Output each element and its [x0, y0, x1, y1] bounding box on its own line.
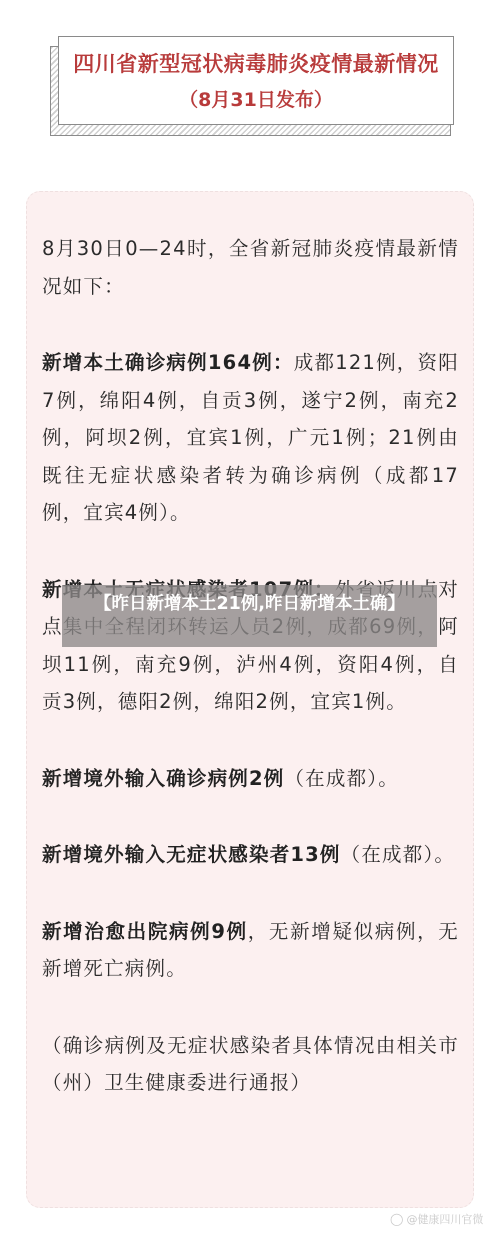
imported-asymptomatic-heading: 新增境外输入无症状感染者13例: [42, 843, 341, 866]
header-box: 四川省新型冠状病毒肺炎疫情最新情况 （8月31日发布）: [58, 36, 454, 125]
imported-asymptomatic-paragraph: 新增境外输入无症状感染者13例（在成都）。: [42, 836, 459, 874]
local-confirmed-body: 成都121例，资阳7例，绵阳4例，自贡3例，遂宁2例，南充2例，阿坝2例，宜宾1…: [42, 351, 459, 524]
publish-date: （8月31日发布）: [179, 91, 333, 110]
headline-overlay: 【昨日新增本土21例,昨日新增本土确】: [62, 585, 437, 647]
intro-paragraph: 8月30日0—24时，全省新冠肺炎疫情最新情况如下：: [42, 230, 459, 305]
imported-confirmed-paragraph: 新增境外输入确诊病例2例（在成都）。: [42, 760, 459, 798]
local-confirmed-heading: 新增本土确诊病例164例：: [42, 351, 294, 374]
imported-confirmed-heading: 新增境外输入确诊病例2例: [42, 767, 284, 790]
discharged-heading: 新增治愈出院病例9例: [42, 920, 248, 943]
discharged-paragraph: 新增治愈出院病例9例，无新增疑似病例，无新增死亡病例。: [42, 913, 459, 988]
imported-asymptomatic-body: （在成都）。: [341, 843, 455, 866]
watermark: ◯@健康四川官微: [390, 1211, 483, 1227]
page-title: 四川省新型冠状病毒肺炎疫情最新情况: [73, 54, 439, 75]
watermark-text: @健康四川官微: [406, 1213, 483, 1226]
imported-confirmed-body: （在成都）。: [284, 767, 398, 790]
note-paragraph: （确诊病例及无症状感染者具体情况由相关市（州）卫生健康委进行通报）: [42, 1027, 459, 1102]
weibo-icon: ◯: [390, 1212, 403, 1226]
local-confirmed-paragraph: 新增本土确诊病例164例：成都121例，资阳7例，绵阳4例，自贡3例，遂宁2例，…: [42, 344, 459, 532]
report-card: 8月30日0—24时，全省新冠肺炎疫情最新情况如下： 新增本土确诊病例164例：…: [26, 191, 474, 1208]
